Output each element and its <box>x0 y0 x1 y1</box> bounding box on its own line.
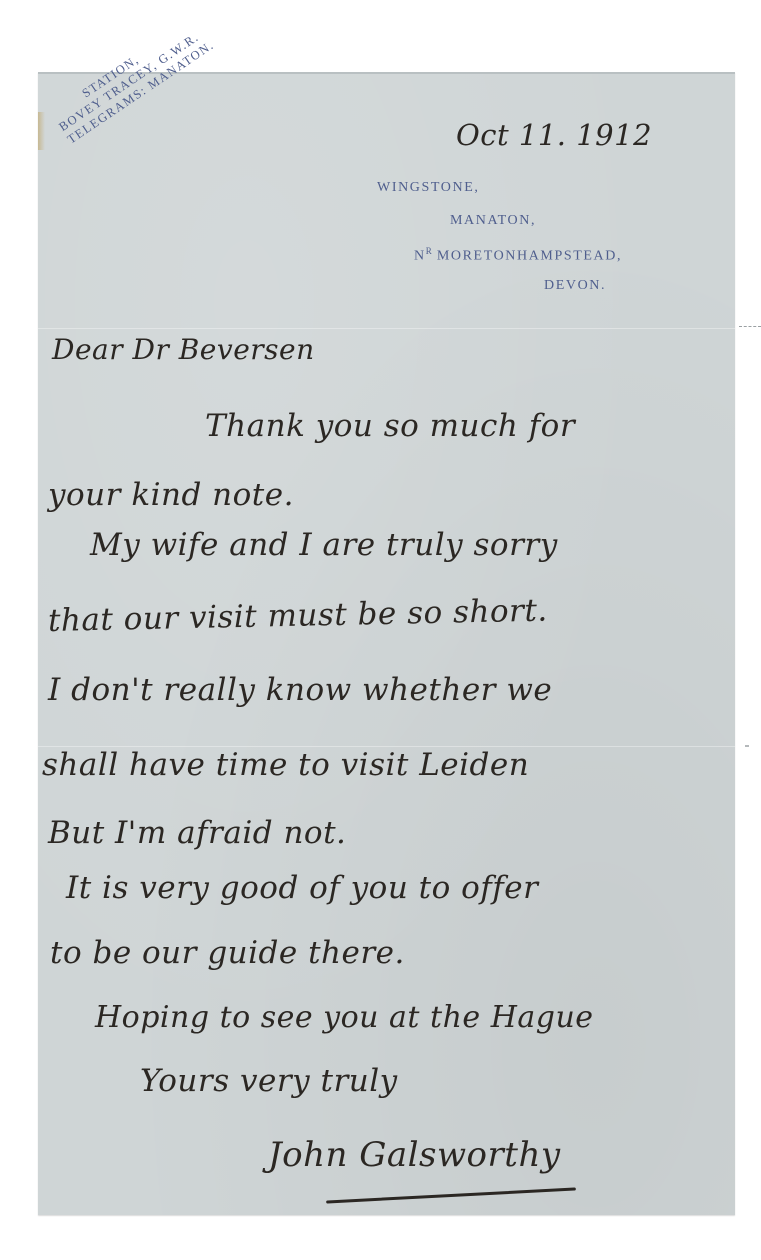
letter-date: Oct 11. 1912 <box>456 118 652 152</box>
nr-abbrev-sup: R <box>426 246 432 256</box>
letterhead-address-line-nr: NR MORETONHAMPSTEAD, <box>414 246 622 265</box>
letter-body-line: But I'm afraid not. <box>48 815 346 851</box>
letter-body-line: your kind note. <box>48 477 294 513</box>
letter-body-line: to be our guide there. <box>50 935 405 971</box>
letterhead-address-town: MORETONHAMPSTEAD, <box>437 249 622 264</box>
letterhead-address-line: WINGSTONE, <box>377 180 479 196</box>
letter-body-line: shall have time to visit Leiden <box>42 747 529 783</box>
margin-mark <box>745 745 749 747</box>
letter-body-line: Hoping to see you at the Hague <box>95 1000 594 1035</box>
paper-stain <box>38 112 45 150</box>
letter-closing: Yours very truly <box>140 1063 398 1099</box>
letter-salutation: Dear Dr Beversen <box>52 333 315 366</box>
letter-body-line: I don't really know whether we <box>48 672 552 708</box>
letter-body-line: Thank you so much for <box>205 408 575 444</box>
letterhead-address-line: MANATON, <box>450 213 536 229</box>
paper-fold-line <box>38 328 735 329</box>
letter-signature: John Galsworthy <box>268 1135 561 1175</box>
letterhead-address-line: DEVON. <box>544 278 606 294</box>
letter-body-line: It is very good of you to offer <box>66 870 538 906</box>
nr-abbrev: N <box>414 249 426 264</box>
margin-mark <box>739 326 761 328</box>
letter-sheet <box>38 72 735 1215</box>
letter-body-line: My wife and I are truly sorry <box>90 527 558 563</box>
